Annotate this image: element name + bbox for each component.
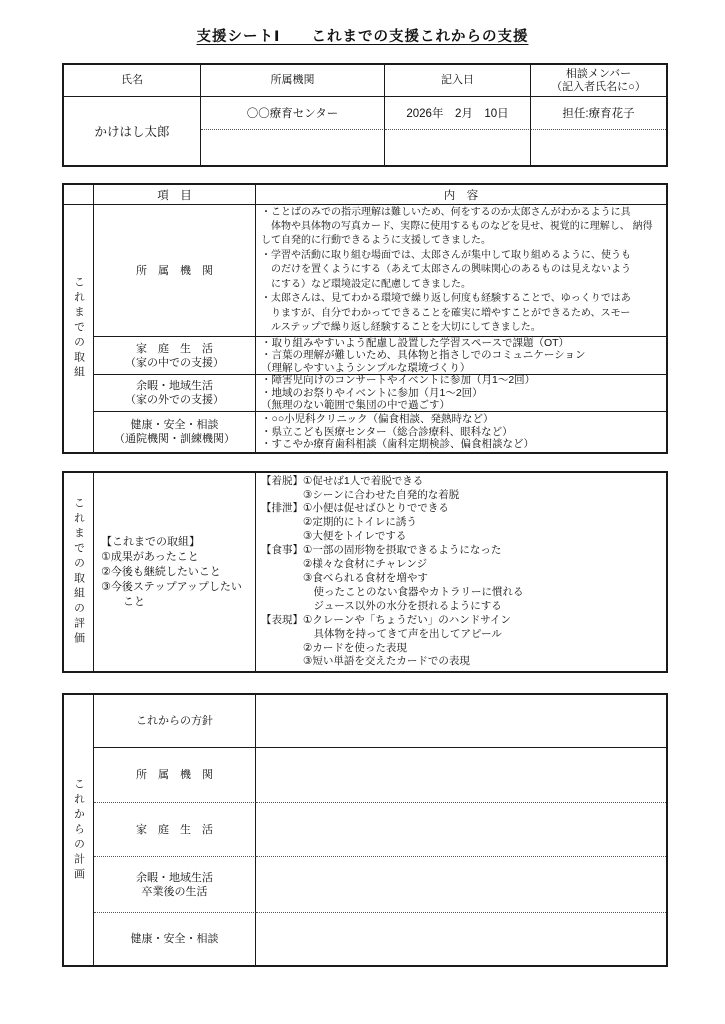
plan-label-home-life: 家 庭 生 活 (94, 803, 256, 857)
value-name: かけはし太郎 (64, 97, 201, 165)
evaluation-table: これまでの取組の評価 【これまでの取組】 ①成果があったこと ②今後も継続したい… (62, 471, 668, 673)
row-label-health: 健康・安全・相談 （通院機関・訓練機関） (94, 412, 256, 452)
row-label-leisure: 余暇・地域生活 （家の外での支援） (94, 375, 256, 412)
page-title: 支援シートⅠ これまでの支援これからの支援 (0, 25, 725, 46)
corner-cell (64, 185, 94, 205)
header-org: 所属機関 (201, 65, 385, 97)
row-content-home-life: ・取り組みやすいよう配慮し設置した学習スペースで課題（OT） ・言葉の理解が難し… (256, 337, 666, 375)
empty-cell-date (385, 130, 531, 165)
row-label-organization: 所 属 機 関 (94, 205, 256, 337)
plan-content-organization (256, 748, 666, 803)
plan-label-leisure: 余暇・地域生活 卒業後の生活 (94, 857, 256, 913)
header-name: 氏名 (64, 65, 201, 97)
row-content-organization: ・ことばのみでの指示理解は難しいため、何をするのか太郎さんがわかるように具 体物… (256, 205, 666, 337)
future-plan-table: これからの計画 これからの方針 所 属 機 関 家 庭 生 活 余暇・地域生活 … (62, 693, 668, 967)
value-date: 2026年 2月 10日 (385, 97, 531, 130)
evaluation-criteria: 【これまでの取組】 ①成果があったこと ②今後も継続したいこと ③今後ステップア… (94, 473, 256, 671)
plan-content-health (256, 913, 666, 965)
row-label-home-life: 家 庭 生 活 （家の中での支援） (94, 337, 256, 375)
empty-cell-org (201, 130, 385, 165)
column-header-content: 内 容 (256, 185, 666, 205)
plan-label-policy: これからの方針 (94, 695, 256, 748)
side-label-text: これからの計画 (64, 778, 94, 883)
value-org: 〇〇療育センター (201, 97, 385, 130)
row-content-leisure: ・障害児向けのコンサートやイベントに参加（月1～2回） ・地域のお祭りやイベント… (256, 375, 666, 412)
plan-label-organization: 所 属 機 関 (94, 748, 256, 803)
empty-cell-members (531, 130, 666, 165)
header-members: 相談メンバー （記入者氏名に○） (531, 65, 666, 97)
plan-content-home-life (256, 803, 666, 857)
side-label-future-plan: これからの計画 (64, 695, 94, 965)
side-label-text: これまでの取組の評価 (64, 497, 94, 647)
side-label-text: これまでの取組 (64, 276, 94, 381)
page-title-text: 支援シートⅠ これまでの支援これからの支援 (197, 29, 529, 45)
evaluation-content: 【着脱】①促せば1人で着脱できる ③シーンに合わせた自発的な着脱 【排泄】①小便… (256, 473, 666, 671)
side-label-past-efforts: これまでの取組 (64, 205, 94, 452)
side-label-evaluation: これまでの取組の評価 (64, 473, 94, 671)
row-content-health: ・○○小児科クリニック（偏食相談、発熱時など） ・県立こども医療センター（総合診… (256, 412, 666, 452)
plan-content-policy (256, 695, 666, 748)
value-members: 担任:療育花子 (531, 97, 666, 130)
plan-content-leisure (256, 857, 666, 913)
header-date: 記入日 (385, 65, 531, 97)
plan-label-health: 健康・安全・相談 (94, 913, 256, 965)
profile-table: 氏名 所属機関 記入日 相談メンバー （記入者氏名に○） かけはし太郎 〇〇療育… (62, 63, 668, 167)
past-efforts-table: 項 目 内 容 これまでの取組 所 属 機 関 ・ことばのみでの指示理解は難しい… (62, 183, 668, 454)
column-header-item: 項 目 (94, 185, 256, 205)
